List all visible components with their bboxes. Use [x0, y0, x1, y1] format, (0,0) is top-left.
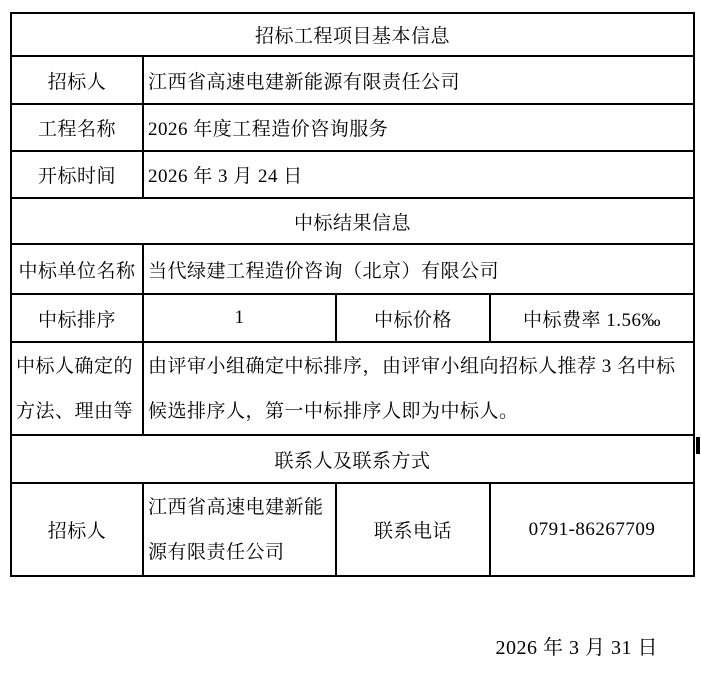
table-row: 联系人及联系方式 — [11, 435, 694, 483]
value-contact-phone: 0791-86267709 — [490, 483, 694, 576]
label-method-line1: 中标人确定的 — [16, 344, 138, 389]
table-row: 开标时间 2026 年 3 月 24 日 — [11, 151, 694, 198]
value-method-line1: 由评审小组确定中标排序，由评审小组向招标人推荐 3 名中标 — [148, 344, 689, 389]
section-header-contact-info: 联系人及联系方式 — [11, 435, 694, 483]
label-tenderer: 招标人 — [11, 56, 143, 104]
table-row: 招标工程项目基本信息 — [11, 13, 694, 56]
footer-date: 2026 年 3 月 31 日 — [0, 631, 658, 660]
label-bid-opening-time: 开标时间 — [11, 151, 143, 198]
label-project-name: 工程名称 — [11, 104, 143, 151]
bid-info-table: 招标工程项目基本信息 招标人 江西省高速电建新能源有限责任公司 工程名称 202… — [10, 12, 695, 577]
page: 招标工程项目基本信息 招标人 江西省高速电建新能源有限责任公司 工程名称 202… — [0, 0, 701, 688]
value-rank: 1 — [143, 294, 336, 342]
value-contact-tenderer: 江西省高速电建新能 源有限责任公司 — [143, 483, 336, 576]
value-contact-tenderer-line1: 江西省高速电建新能 — [148, 485, 331, 530]
value-project-name: 2026 年度工程造价咨询服务 — [143, 104, 694, 151]
label-winner-name: 中标单位名称 — [11, 244, 143, 294]
label-method-line2: 方法、理由等 — [16, 389, 138, 434]
value-method-line2: 候选排序人，第一中标排序人即为中标人。 — [148, 389, 689, 434]
section-header-result-info: 中标结果信息 — [11, 198, 694, 244]
table-row: 中标人确定的 方法、理由等 由评审小组确定中标排序，由评审小组向招标人推荐 3 … — [11, 342, 694, 435]
label-price: 中标价格 — [336, 294, 490, 342]
value-method: 由评审小组确定中标排序，由评审小组向招标人推荐 3 名中标 候选排序人，第一中标… — [143, 342, 694, 435]
table-row: 招标人 江西省高速电建新能源有限责任公司 — [11, 56, 694, 104]
value-winner-name: 当代绿建工程造价咨询（北京）有限公司 — [143, 244, 694, 294]
value-contact-tenderer-line2: 源有限责任公司 — [148, 530, 331, 575]
label-contact-phone: 联系电话 — [336, 483, 490, 576]
scrollbar-thumb[interactable] — [696, 437, 700, 454]
value-tenderer: 江西省高速电建新能源有限责任公司 — [143, 56, 694, 104]
table-row: 中标结果信息 — [11, 198, 694, 244]
table-row: 工程名称 2026 年度工程造价咨询服务 — [11, 104, 694, 151]
label-method: 中标人确定的 方法、理由等 — [11, 342, 143, 435]
value-bid-opening-time: 2026 年 3 月 24 日 — [143, 151, 694, 198]
table-row: 招标人 江西省高速电建新能 源有限责任公司 联系电话 0791-86267709 — [11, 483, 694, 576]
value-price: 中标费率 1.56‰ — [490, 294, 694, 342]
table-row: 中标排序 1 中标价格 中标费率 1.56‰ — [11, 294, 694, 342]
label-rank: 中标排序 — [11, 294, 143, 342]
table-row: 中标单位名称 当代绿建工程造价咨询（北京）有限公司 — [11, 244, 694, 294]
label-contact-tenderer: 招标人 — [11, 483, 143, 576]
section-header-basic-info: 招标工程项目基本信息 — [11, 13, 694, 56]
